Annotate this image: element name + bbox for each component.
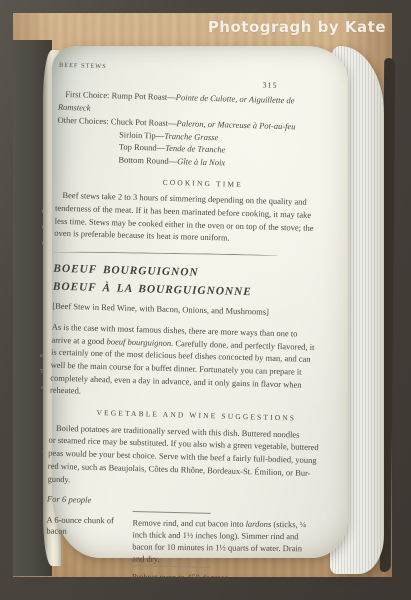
choice-other-french: Paleron, or Macreuse à Pot-au-feu xyxy=(176,118,295,131)
intro-line2-italic: boeuf bourguignon. xyxy=(106,336,173,348)
choice-first-french: Pointe de Culotte, or Aiguillette de xyxy=(176,92,295,105)
choice-other-roman: Other Choices: Chuck Pot Roast— xyxy=(57,115,176,128)
instruction-rule-bottom xyxy=(132,565,210,569)
section-divider-rule xyxy=(54,251,278,258)
step-row: A 6-ounce chunk of bacon Remove rind, an… xyxy=(46,510,341,585)
choice-bottom-round-roman: Bottom Round— xyxy=(118,154,177,166)
recipe-subtitle: [Beef Stew in Red Wine, with Bacon, Onio… xyxy=(52,300,346,321)
choice-sirloin-french: Tranche Grasse xyxy=(164,130,218,142)
book-page: BEEF STEWS 315 First Choice: Rump Pot Ro… xyxy=(52,46,348,558)
intro-line2-pre: arrive at a good xyxy=(51,334,106,346)
preheat-note: Preheat oven to 450 degrees. xyxy=(132,570,306,584)
instruction-rule-top xyxy=(133,511,211,515)
cut-choices-list: First Choice: Rump Pot Roast—Pointe de C… xyxy=(56,88,352,172)
ingredient-item: A 6-ounce chunk of bacon xyxy=(46,510,130,538)
instruction-line: and dry. xyxy=(132,552,306,566)
instr-line1-pre: Remove rind, and cut bacon into xyxy=(132,517,245,528)
cooking-time-paragraph: Beef stews take 2 to 3 hours of simmerin… xyxy=(54,189,349,248)
choice-first-french-cont: Romsteck xyxy=(58,102,91,113)
choice-top-round-french: Tende de Tranche xyxy=(165,143,225,155)
choice-bottom-round-french: Gîte à la Noix xyxy=(177,156,225,167)
choice-first-roman: First Choice: Rump Pot Roast— xyxy=(65,89,176,102)
running-head: BEEF STEWS xyxy=(59,60,353,81)
suggestions-paragraph: Boiled potatoes are traditionally served… xyxy=(47,421,343,493)
instr-line1-italic: lardons xyxy=(246,519,272,529)
watermark-text: Photogragh by Kate xyxy=(208,18,386,36)
recipe-intro-paragraph: As is the case with most famous dishes, … xyxy=(50,321,346,405)
choice-sirloin-roman: Sirloin Tip— xyxy=(119,129,164,140)
photo-frame: th c. up ell ing the the da es al. m am-… xyxy=(0,0,411,600)
choice-top-round-roman: Top Round— xyxy=(119,142,166,153)
page-number: 315 xyxy=(262,79,352,94)
recipe-steps: A 6-ounce chunk of bacon Remove rind, an… xyxy=(46,510,341,585)
instr-line1-post: (sticks, ¼ xyxy=(271,519,306,529)
page-content: BEEF STEWS 315 First Choice: Rump Pot Ro… xyxy=(45,60,353,590)
instruction-column: Remove rind, and cut bacon into lardons … xyxy=(132,510,306,584)
